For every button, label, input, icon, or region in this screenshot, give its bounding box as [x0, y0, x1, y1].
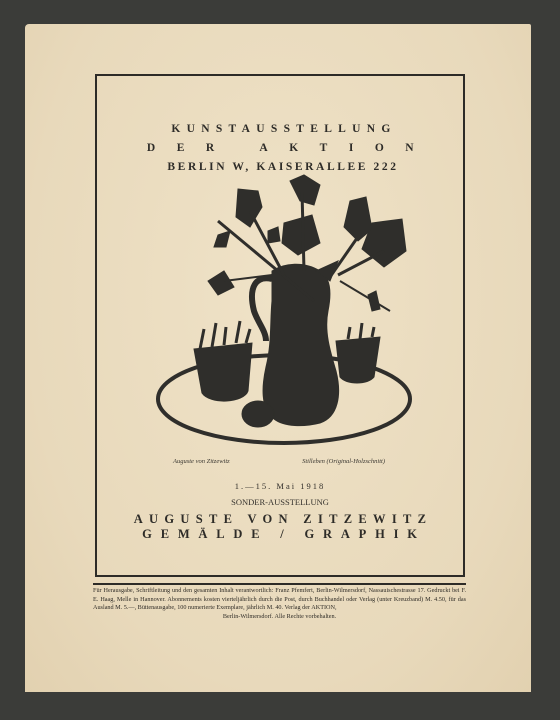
imprint-last-line: Berlin-Wilmersdorf. Alle Rechte vorbehal… — [93, 613, 466, 622]
imprint-text: Für Herausgabe, Schriftleitung und den g… — [93, 587, 466, 611]
poster-frame: KUNSTAUSSTELLUNG DER AKTION BERLIN W, KA… — [95, 74, 465, 577]
header-line-exhibition: KUNSTAUSSTELLUNG — [97, 123, 463, 135]
header-line-publisher: DER AKTION — [97, 142, 463, 154]
imprint-block: Für Herausgabe, Schriftleitung und den g… — [93, 587, 466, 621]
exhibition-dates: 1.—15. Mai 1918 — [97, 481, 463, 491]
caption-title: Stilleben (Original-Holzschnitt) — [302, 458, 385, 465]
artist-name: AUGUSTE VON ZITZEWITZ — [97, 512, 463, 527]
exhibition-categories: GEMÄLDE / GRAPHIK — [97, 527, 463, 542]
document-page: KUNSTAUSSTELLUNG DER AKTION BERLIN W, KA… — [25, 24, 531, 692]
imprint-divider — [93, 583, 466, 585]
woodcut-still-life-icon — [144, 171, 424, 451]
exhibition-subtitle: SONDER-AUSSTELLUNG — [97, 497, 463, 507]
caption-artist: Auguste von Zitzewitz — [173, 458, 230, 465]
